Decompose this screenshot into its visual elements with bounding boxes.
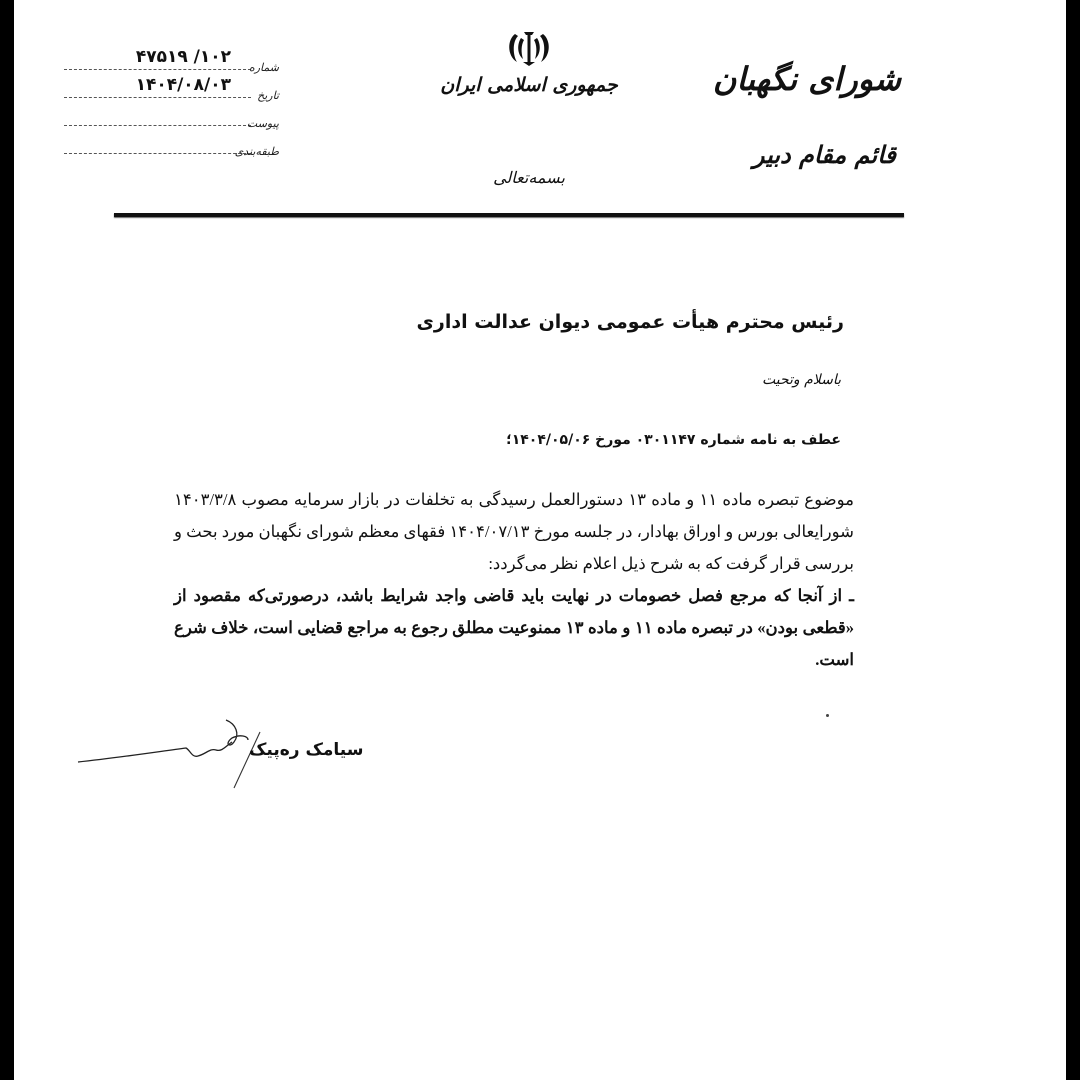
basmala: بسمه‌تعالی	[454, 168, 604, 187]
meta-date-row: ۱۴۰۴/۰۸/۰۳ تاریخ	[64, 76, 279, 104]
addressee: رئیس محترم هیأت عمومی دیوان عدالت اداری	[417, 311, 844, 333]
dotted-line	[64, 97, 251, 98]
attachment-label: پیوست	[247, 117, 279, 130]
header-divider	[114, 213, 904, 217]
letter-date: ۱۴۰۴/۰۸/۰۳	[136, 75, 231, 95]
classification-label: طبقه‌بندی	[235, 145, 279, 158]
country-title: جمهوری اسلامی ایران	[434, 74, 624, 96]
dotted-line	[64, 153, 251, 154]
letter-body: موضوع تبصره ماده ۱۱ و ماده ۱۳ دستورالعمل…	[174, 484, 854, 676]
iran-emblem-icon	[505, 28, 553, 68]
body-paragraph: موضوع تبصره ماده ۱۱ و ماده ۱۳ دستورالعمل…	[174, 484, 854, 580]
ruling-paragraph: ـ از آنجا که مرجع فصل خصومات در نهایت با…	[174, 580, 854, 676]
office-title: قائم مقام دبیر	[753, 140, 896, 169]
letter-meta: ۱۰۲/ ۴۷۵۱۹ شماره ۱۴۰۴/۰۸/۰۳ تاریخ پیوست …	[64, 48, 279, 160]
signatory-name: سیامک ره‌پیک	[249, 740, 363, 760]
letter-page: ۱۰۲/ ۴۷۵۱۹ شماره ۱۴۰۴/۰۸/۰۳ تاریخ پیوست …	[14, 0, 1066, 1080]
letter-number: ۱۰۲/ ۴۷۵۱۹	[136, 47, 231, 67]
signature-scribble-icon	[76, 710, 276, 790]
letterhead-center: جمهوری اسلامی ایران	[434, 28, 624, 96]
meta-attachment-row: پیوست	[64, 104, 279, 132]
dotted-line	[64, 69, 251, 70]
number-label: شماره	[249, 61, 279, 74]
ink-dot	[826, 714, 829, 717]
date-label: تاریخ	[257, 89, 279, 102]
greeting: باسلام وتحیت	[762, 372, 841, 388]
dotted-line	[64, 125, 251, 126]
meta-classification-row: طبقه‌بندی	[64, 132, 279, 160]
meta-number-row: ۱۰۲/ ۴۷۵۱۹ شماره	[64, 48, 279, 76]
organization-title: شورای نگهبان	[713, 60, 901, 98]
reference-line: عطف به نامه شماره ۰۳۰۱۱۴۷ مورخ ۱۴۰۴/۰۵/۰…	[506, 432, 841, 448]
